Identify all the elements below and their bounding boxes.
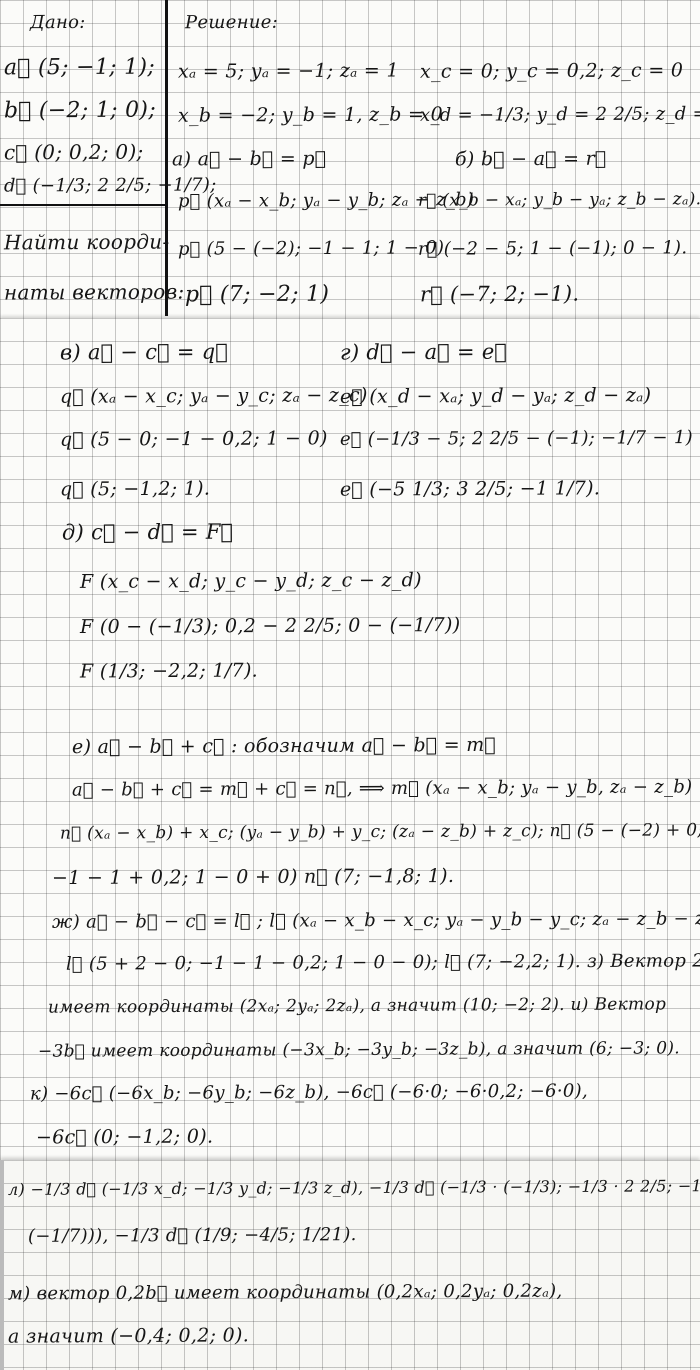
part-l-line-1: л) −1/3 d⃗ (−1/3 x_d; −1/3 y_d; −1/3 z_d… [8,1176,700,1199]
part-m-line-1: м) вектор 0,2b⃗ имеет координаты (0,2xₐ;… [8,1281,563,1305]
given-underline [0,204,165,206]
part-v-line-3: q⃗ (5 − 0; −1 − 0,2; 1 − 0) [60,427,328,450]
given-heading: Дано: [30,12,86,33]
coords-c: x_c = 0; y_c = 0,2; z_c = 0 [420,59,683,82]
part-d-line-3: F (0 − (−1/3); 0,2 − 2 2/5; 0 − (−1/7)) [80,614,460,638]
given-solution-divider [165,0,168,316]
part-d-line-2: F (x_c − x_d; y_c − y_d; z_c − z_d) [80,569,422,593]
part-zh-line-2: l⃗ (5 + 2 − 0; −1 − 1 − 0,2; 1 − 0 − 0);… [66,950,700,974]
part-z-line: имеет координаты (2xₐ; 2yₐ; 2zₐ), а знач… [48,994,666,1017]
part-b-line-1: б) b⃗ − a⃗ = r⃗ [455,148,607,171]
given-vector-a: a⃗ (5; −1; 1); [4,55,155,81]
part-g-line-3: e⃗ (−1/3 − 5; 2 2/5 − (−1); −1/7 − 1) [340,427,693,450]
part-k-line-1: к) −6c⃗ (−6x_b; −6y_b; −6z_b), −6c⃗ (−6·… [30,1081,588,1105]
part-l-result: (−1/7))), −1/3 d⃗ (1/9; −4/5; 1/21). [28,1224,357,1247]
part-k-result: −6c⃗ (0; −1,2; 0). [36,1126,213,1149]
part-g-line-2: e⃗ (x_d − xₐ; y_d − yₐ; z_d − zₐ) [340,384,651,408]
page-edge [0,1160,4,1370]
part-d-line-1: д) c⃗ − d⃗ = F⃗ [62,520,233,545]
task-line-1: Найти коорди- [4,230,170,255]
part-b-line-2: r⃗ (x_b − xₐ; y_b − yₐ; z_b − zₐ). [418,189,700,210]
coords-a: xₐ = 5; yₐ = −1; zₐ = 1 [178,59,399,82]
part-b-line-3: r⃗ (−2 − 5; 1 − (−1); 0 − 1). [418,237,687,259]
part-g-result: e⃗ (−5 1/3; 3 2/5; −1 1/7). [340,477,600,500]
part-d-result: F (1/3; −2,2; 1/7). [80,660,258,683]
given-vector-c: c⃗ (0; 0,2; 0); [4,140,144,165]
given-vector-b: b⃗ (−2; 1; 0); [4,98,156,124]
part-zh-line-1: ж) a⃗ − b⃗ − c⃗ = l⃗ ; l⃗ (xₐ − x_b − x_… [52,908,700,933]
part-v-line-1: в) a⃗ − c⃗ = q⃗ [60,340,228,365]
part-e-line-4: −1 − 1 + 0,2; 1 − 0 + 0) n⃗ (7; −1,8; 1)… [52,865,454,889]
part-v-line-2: q⃗ (xₐ − x_c; yₐ − y_c; zₐ − z_c) [60,384,368,408]
solution-heading: Решение: [185,12,278,33]
part-e-line-3: n⃗ (xₐ − x_b) + x_c; (yₐ − y_b) + y_c; (… [60,820,700,843]
part-a-line-3: p⃗ (5 − (−2); −1 − 1; 1 − 0) [178,237,444,259]
coords-b: x_b = −2; y_b = 1, z_b = 0 [178,103,443,126]
part-i-line: −3b⃗ имеет координаты (−3x_b; −3y_b; −3z… [38,1038,680,1061]
part-e-line-1: е) a⃗ − b⃗ + c⃗ : обозначим a⃗ − b⃗ = m⃗ [72,734,496,758]
coords-d: x_d = −1/3; y_d = 2 2/5; z_d = −1/7 [420,103,700,126]
part-a-line-1: а) a⃗ − b⃗ = p⃗ [172,148,326,171]
part-v-result: q⃗ (5; −1,2; 1). [60,478,210,501]
part-b-result: r⃗ (−7; 2; −1). [420,282,579,307]
part-g-line-1: г) d⃗ − a⃗ = e⃗ [340,340,507,365]
part-a-result: p⃗ (7; −2; 1) [185,282,329,308]
task-line-2: наты векторов: [4,280,185,305]
part-e-line-2: a⃗ − b⃗ + c⃗ = m⃗ + c⃗ = n⃗, ⟹ m⃗ (xₐ − … [72,776,693,800]
part-m-result: а значит (−0,4; 0,2; 0). [8,1324,249,1347]
